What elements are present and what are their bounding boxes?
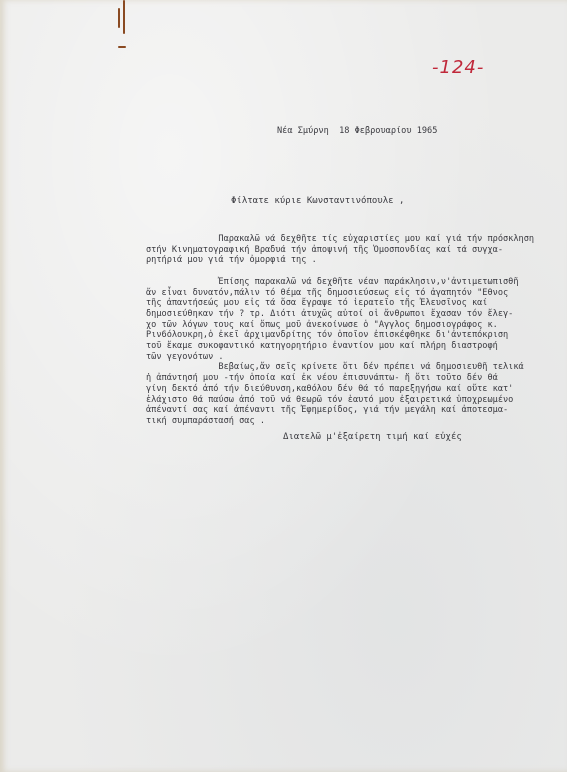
letter-body: Παρακαλῶ νά δεχθῆτε τίς εὐχαριστίες μου … xyxy=(146,234,534,427)
body-line: ἐλάχιστο θά παύσω ἀπό τοῦ νά θεωρῶ τόν ἑ… xyxy=(146,395,534,406)
body-line: ρητήριά μου γιά τήν ὀμορφιά της . xyxy=(146,255,534,266)
body-line: ἄν εἶναι δυνατόν,πάλιν τό θέμα τῆς δημοσ… xyxy=(146,288,534,299)
page-number: -124- xyxy=(432,57,484,78)
body-line: Ἐπίσης παρακαλῶ νά δεχθῆτε νέαν παράκλησ… xyxy=(146,277,534,288)
body-line: δημοσιεύθηκαν τήν ? τρ. Διότι ἀτυχῶς αὐτ… xyxy=(146,309,534,320)
body-line: ἡ ἀπάντησή μου -τήν ὁποία καί ἐκ νέου ἐπ… xyxy=(146,373,534,384)
date-line: Νέα Σμύρνη 18 Φεβρουαρίου 1965 xyxy=(277,126,437,137)
rust-mark-bottom xyxy=(118,46,126,48)
body-line: τῶν γεγονότων . xyxy=(146,352,534,363)
body-line: γίνη δεκτό ἀπό τήν διεύθυνση,καθόλου δέν… xyxy=(146,384,534,395)
salutation: Φίλτατε κύριε Κωνσταντινόπουλε , xyxy=(231,196,404,207)
body-line: τῆς ἀπαντήσεώς μου εἰς τά ὅσα ἔγραψε τό … xyxy=(146,298,534,309)
body-line: τική συμπαράστασή σας . xyxy=(146,416,534,427)
document-page: -124- Νέα Σμύρνη 18 Φεβρουαρίου 1965 Φίλ… xyxy=(0,0,567,772)
body-line: ἀπέναντί σας καί ἀπέναντι τῆς Ἐφημερίδος… xyxy=(146,405,534,416)
body-line: Ριν6όλουκρη,ὁ ἐκεῖ ἀρχιμανδρίτης τόν ὁπο… xyxy=(146,330,534,341)
staple-rust-marks xyxy=(110,0,140,50)
rust-mark-right xyxy=(123,0,125,34)
body-line: τοῦ ἔκαμε συκοφαντικό κατηγορητήριο ἐναν… xyxy=(146,341,534,352)
body-line: χο τῶν λόγων τους καί ὅπως μοῦ ἀνεκοίνωσ… xyxy=(146,320,534,331)
body-line xyxy=(146,266,534,277)
closing-line: Διατελῶ μ'ἐξαίρετη τιμή καί εὐχές xyxy=(283,432,462,443)
body-line: Βεβαίως,ἄν σεῖς κρίνετε ὅτι δέν πρέπει ν… xyxy=(146,362,534,373)
body-line: στήν Κινηματογραφική Βραδυά τήν ἀποψινή … xyxy=(146,245,534,256)
body-line: Παρακαλῶ νά δεχθῆτε τίς εὐχαριστίες μου … xyxy=(146,234,534,245)
rust-mark-left xyxy=(118,8,120,28)
